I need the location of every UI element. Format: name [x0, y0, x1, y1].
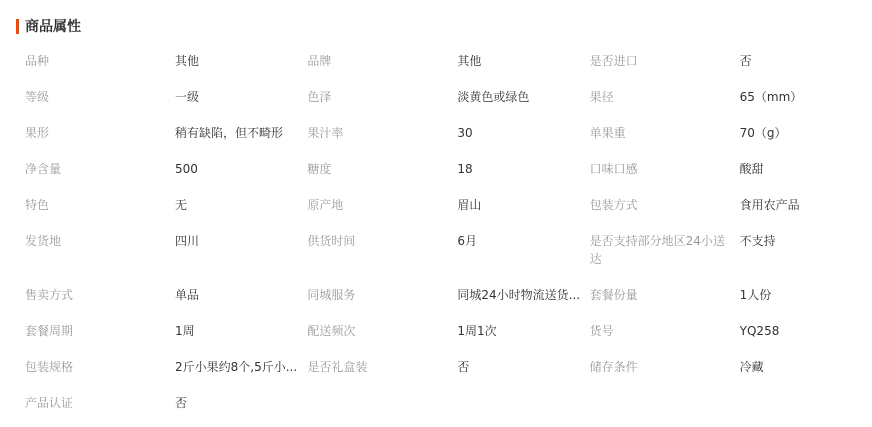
attribute-value: 30	[457, 115, 587, 142]
attribute-value: 一级	[175, 79, 305, 106]
attribute-value: 食用农产品	[740, 187, 870, 214]
attribute-value: 无	[175, 187, 305, 214]
attribute-row: 果形 稍有缺陷，但不畸形 果汁率 30 单果重 70（g）	[0, 115, 872, 151]
attribute-value: YQ258	[740, 313, 870, 340]
attribute-value: 眉山	[457, 187, 587, 214]
attribute-item: 货号 YQ258	[590, 313, 872, 340]
section-accent-bar	[16, 19, 19, 34]
attribute-label: 等级	[25, 79, 175, 106]
attribute-value: 2斤小果约8个,5斤小...	[175, 349, 305, 376]
attribute-item: 产品认证 否	[25, 385, 321, 412]
attribute-label: 口味口感	[590, 151, 740, 178]
attribute-value: 四川	[175, 223, 305, 250]
attribute-value: 1人份	[740, 277, 870, 304]
attribute-item: 储存条件 冷藏	[590, 349, 872, 376]
attribute-row: 售卖方式 单品 同城服务 同城24小时物流送货... 套餐份量 1人份	[0, 277, 872, 313]
attribute-item: 特色 无	[25, 187, 307, 214]
attribute-label: 特色	[25, 187, 175, 214]
attribute-row: 特色 无 原产地 眉山 包装方式 食用农产品	[0, 187, 872, 223]
attribute-label: 色泽	[307, 79, 457, 106]
attribute-value: 500	[175, 151, 305, 178]
attribute-row: 品种 其他 品牌 其他 是否进口 否	[0, 43, 872, 79]
attribute-value: 其他	[457, 43, 587, 70]
attribute-label: 套餐份量	[590, 277, 740, 304]
attribute-item: 品牌 其他	[307, 43, 589, 70]
attribute-value: 单品	[175, 277, 305, 304]
attribute-label: 供货时间	[307, 223, 457, 250]
attribute-row: 包装规格 2斤小果约8个,5斤小... 是否礼盒装 否 储存条件 冷藏	[0, 349, 872, 385]
attribute-label: 品种	[25, 43, 175, 70]
attribute-label: 单果重	[590, 115, 740, 142]
attribute-item: 是否礼盒装 否	[307, 349, 589, 376]
attribute-value: 酸甜	[740, 151, 870, 178]
attribute-label: 是否进口	[590, 43, 740, 70]
attribute-item: 果汁率 30	[307, 115, 589, 142]
attribute-label: 货号	[590, 313, 740, 340]
attribute-item: 套餐份量 1人份	[590, 277, 872, 304]
attribute-label: 果形	[25, 115, 175, 142]
attribute-value: 否	[457, 349, 587, 376]
attribute-item: 果形 稍有缺陷，但不畸形	[25, 115, 307, 142]
attribute-label: 产品认证	[25, 385, 175, 412]
attribute-value: 70（g）	[740, 115, 870, 142]
attribute-item: 果径 65（mm）	[590, 79, 872, 106]
attribute-label: 果径	[590, 79, 740, 106]
attribute-item: 单果重 70（g）	[590, 115, 872, 142]
attribute-value: 否	[740, 43, 870, 70]
attribute-value: 其他	[175, 43, 305, 70]
attribute-row: 套餐周期 1周 配送频次 1周1次 货号 YQ258	[0, 313, 872, 349]
attribute-label: 原产地	[307, 187, 457, 214]
attribute-item: 包装规格 2斤小果约8个,5斤小...	[25, 349, 307, 376]
section-title: 商品属性	[25, 16, 81, 36]
attribute-value: 同城24小时物流送货...	[457, 277, 587, 304]
attribute-label: 品牌	[307, 43, 457, 70]
attribute-item: 配送频次 1周1次	[307, 313, 589, 340]
attribute-item: 同城服务 同城24小时物流送货...	[307, 277, 589, 304]
attribute-item: 色泽 淡黄色或绿色	[307, 79, 589, 106]
attribute-value: 不支持	[740, 223, 870, 250]
attribute-item: 套餐周期 1周	[25, 313, 307, 340]
attribute-label: 售卖方式	[25, 277, 175, 304]
attribute-item: 发货地 四川	[25, 223, 307, 250]
attribute-label: 储存条件	[590, 349, 740, 376]
attribute-value: 淡黄色或绿色	[457, 79, 587, 106]
attribute-row: 等级 一级 色泽 淡黄色或绿色 果径 65（mm）	[0, 79, 872, 115]
attribute-label: 果汁率	[307, 115, 457, 142]
attribute-value: 1周	[175, 313, 305, 340]
attribute-row: 发货地 四川 供货时间 6月 是否支持部分地区24小送达 不支持	[0, 223, 872, 277]
attribute-value: 18	[457, 151, 587, 178]
attribute-value: 否	[175, 385, 305, 412]
attribute-label: 是否支持部分地区24小送达	[590, 223, 730, 268]
attribute-row: 净含量 500 糖度 18 口味口感 酸甜	[0, 151, 872, 187]
attribute-label: 包装规格	[25, 349, 175, 376]
attribute-value: 1周1次	[457, 313, 587, 340]
attribute-label: 发货地	[25, 223, 175, 250]
attribute-label: 是否礼盒装	[307, 349, 457, 376]
attribute-item: 糖度 18	[307, 151, 589, 178]
attribute-item: 包装方式 食用农产品	[590, 187, 872, 214]
attribute-item: 售卖方式 单品	[25, 277, 307, 304]
attribute-label: 糖度	[307, 151, 457, 178]
attribute-item: 原产地 眉山	[307, 187, 589, 214]
attribute-item: 供货时间 6月	[307, 223, 589, 250]
attribute-label: 配送频次	[307, 313, 457, 340]
section-header: 商品属性	[16, 16, 81, 36]
attribute-value: 冷藏	[740, 349, 870, 376]
attribute-row: 产品认证 否	[0, 385, 872, 421]
attribute-item: 是否支持部分地区24小送达 不支持	[590, 223, 872, 268]
attribute-item: 品种 其他	[25, 43, 307, 70]
attribute-label: 包装方式	[590, 187, 740, 214]
attribute-label: 净含量	[25, 151, 175, 178]
attribute-item: 净含量 500	[25, 151, 307, 178]
attribute-item: 口味口感 酸甜	[590, 151, 872, 178]
attribute-label: 套餐周期	[25, 313, 175, 340]
attribute-table: 品种 其他 品牌 其他 是否进口 否 等级 一级 色泽 淡黄色或绿色 果径 65…	[0, 43, 872, 421]
attribute-item: 是否进口 否	[590, 43, 872, 70]
attribute-value: 6月	[457, 223, 587, 250]
attribute-label: 同城服务	[307, 277, 457, 304]
attribute-item: 等级 一级	[25, 79, 307, 106]
attribute-value: 稍有缺陷，但不畸形	[175, 115, 305, 142]
attribute-value: 65（mm）	[740, 79, 870, 106]
